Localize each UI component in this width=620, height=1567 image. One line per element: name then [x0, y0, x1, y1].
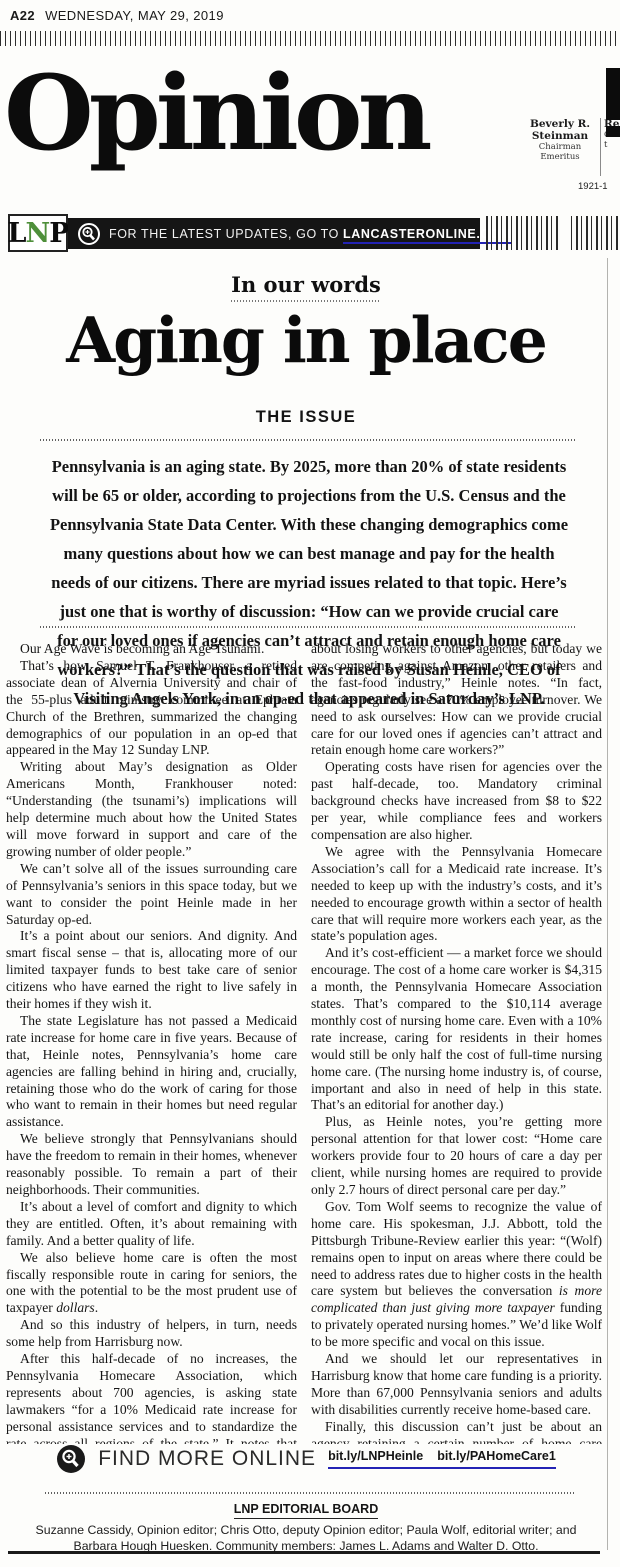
article-paragraph: That’s how Samuel T. Frankhouser, a reti…	[6, 658, 297, 759]
find-more-online: FIND MORE ONLINE bit.ly/LNPHeinlebit.ly/…	[0, 1444, 612, 1474]
staff-name: Beverly R. Steinman	[523, 118, 597, 142]
staff-title-line: Chairman	[523, 142, 597, 152]
page-date: WEDNESDAY, MAY 29, 2019	[45, 8, 224, 23]
newspaper-opinion-page: A22WEDNESDAY, MAY 29, 2019 Opinion Bever…	[0, 0, 620, 1567]
article-paragraph: We can’t solve all of the issues surroun…	[6, 861, 297, 929]
editorial-board-title-text: LNP EDITORIAL BOARD	[234, 1502, 378, 1519]
article-paragraph: It’s a point about our seniors. And dign…	[6, 928, 297, 1013]
bitly-link[interactable]: bit.ly/PAHomeCare1	[437, 1449, 556, 1463]
masthead-years-fragment: 1921-1	[578, 181, 608, 192]
article-paragraph: And we should let our representatives in…	[311, 1351, 602, 1419]
dotted-rule	[45, 1492, 575, 1494]
article-paragraph: It’s about a level of comfort and dignit…	[6, 1199, 297, 1250]
article-paragraph: We also believe home care is often the m…	[6, 1250, 297, 1318]
find-more-links: bit.ly/LNPHeinlebit.ly/PAHomeCare1	[328, 1449, 556, 1469]
article-headline: Aging in place	[0, 303, 612, 377]
promo-bar: FOR THE LATEST UPDATES, GO TO LANCASTERO…	[68, 218, 480, 249]
dotted-rule	[40, 439, 577, 441]
article-paragraph: We agree with the Pennsylvania Homecare …	[311, 844, 602, 945]
lnp-logo-l: L	[8, 218, 26, 249]
staff-title-fragment: t	[604, 140, 620, 150]
issue-label: THE ISSUE	[0, 408, 612, 427]
section-masthead-title: Opinion	[4, 44, 519, 183]
page-number: A22	[10, 8, 35, 23]
clipped-logo-glyph	[606, 126, 620, 137]
text-segment: We also believe home care is often the m…	[6, 1250, 297, 1316]
article-paragraph: Writing about May’s designation as Older…	[6, 759, 297, 860]
barcode-decoration	[486, 216, 620, 250]
article-column-right: about losing workers to other agencies, …	[311, 641, 602, 1444]
editorial-board-title: LNP EDITORIAL BOARD	[0, 1502, 612, 1516]
kicker: In our words	[231, 272, 381, 302]
lnp-logo: LNP	[8, 214, 68, 252]
masthead-staff-block: Beverly R. Steinman Chairman Emeritus	[523, 118, 597, 162]
article-column-left: Our Age Wave is becoming an Age Tsunami.…	[6, 641, 297, 1444]
article-paragraph: Our Age Wave is becoming an Age Tsunami.	[6, 641, 297, 658]
masthead-divider	[600, 118, 601, 176]
editorial-board-members: Suzanne Cassidy, Opinion editor; Chris O…	[30, 1522, 582, 1554]
article-paragraph: The state Legislature has not passed a M…	[6, 1013, 297, 1131]
column-rule	[607, 258, 608, 1550]
italic-text: dollars	[56, 1300, 95, 1315]
article-paragraph: about losing workers to other agencies, …	[311, 641, 602, 759]
article-body: Our Age Wave is becoming an Age Tsunami.…	[6, 641, 602, 1444]
article-paragraph: After this half-decade of no increases, …	[6, 1351, 297, 1444]
clipped-logo-glyph	[606, 68, 620, 120]
article-paragraph: Operating costs have risen for agencies …	[311, 759, 602, 844]
promo-text: FOR THE LATEST UPDATES, GO TO	[109, 227, 343, 241]
bottom-rule	[8, 1551, 600, 1554]
staff-title-line: Emeritus	[523, 152, 597, 162]
dotted-rule	[40, 626, 577, 628]
magnifier-icon	[56, 1444, 86, 1474]
article-paragraph: And it’s cost-efficient — a market force…	[311, 945, 602, 1114]
lnp-logo-p: P	[49, 218, 68, 249]
find-more-label: FIND MORE ONLINE	[98, 1447, 316, 1471]
article-paragraph: Gov. Tom Wolf seems to recognize the val…	[311, 1199, 602, 1351]
lnp-logo-n: N	[26, 218, 50, 249]
text-segment: about losing workers to other agencies, …	[311, 641, 602, 757]
text-segment: .	[95, 1300, 98, 1315]
article-paragraph: We believe strongly that Pennsylvanians …	[6, 1131, 297, 1199]
article-paragraph: And so this industry of helpers, in turn…	[6, 1317, 297, 1351]
bitly-link[interactable]: bit.ly/LNPHeinle	[328, 1449, 423, 1463]
article-paragraph: Plus, as Heinle notes, you’re getting mo…	[311, 1114, 602, 1199]
page-header: A22WEDNESDAY, MAY 29, 2019	[10, 8, 224, 23]
magnifier-icon	[78, 223, 100, 245]
article-paragraph: Finally, this discussion can’t just be a…	[311, 1419, 602, 1444]
